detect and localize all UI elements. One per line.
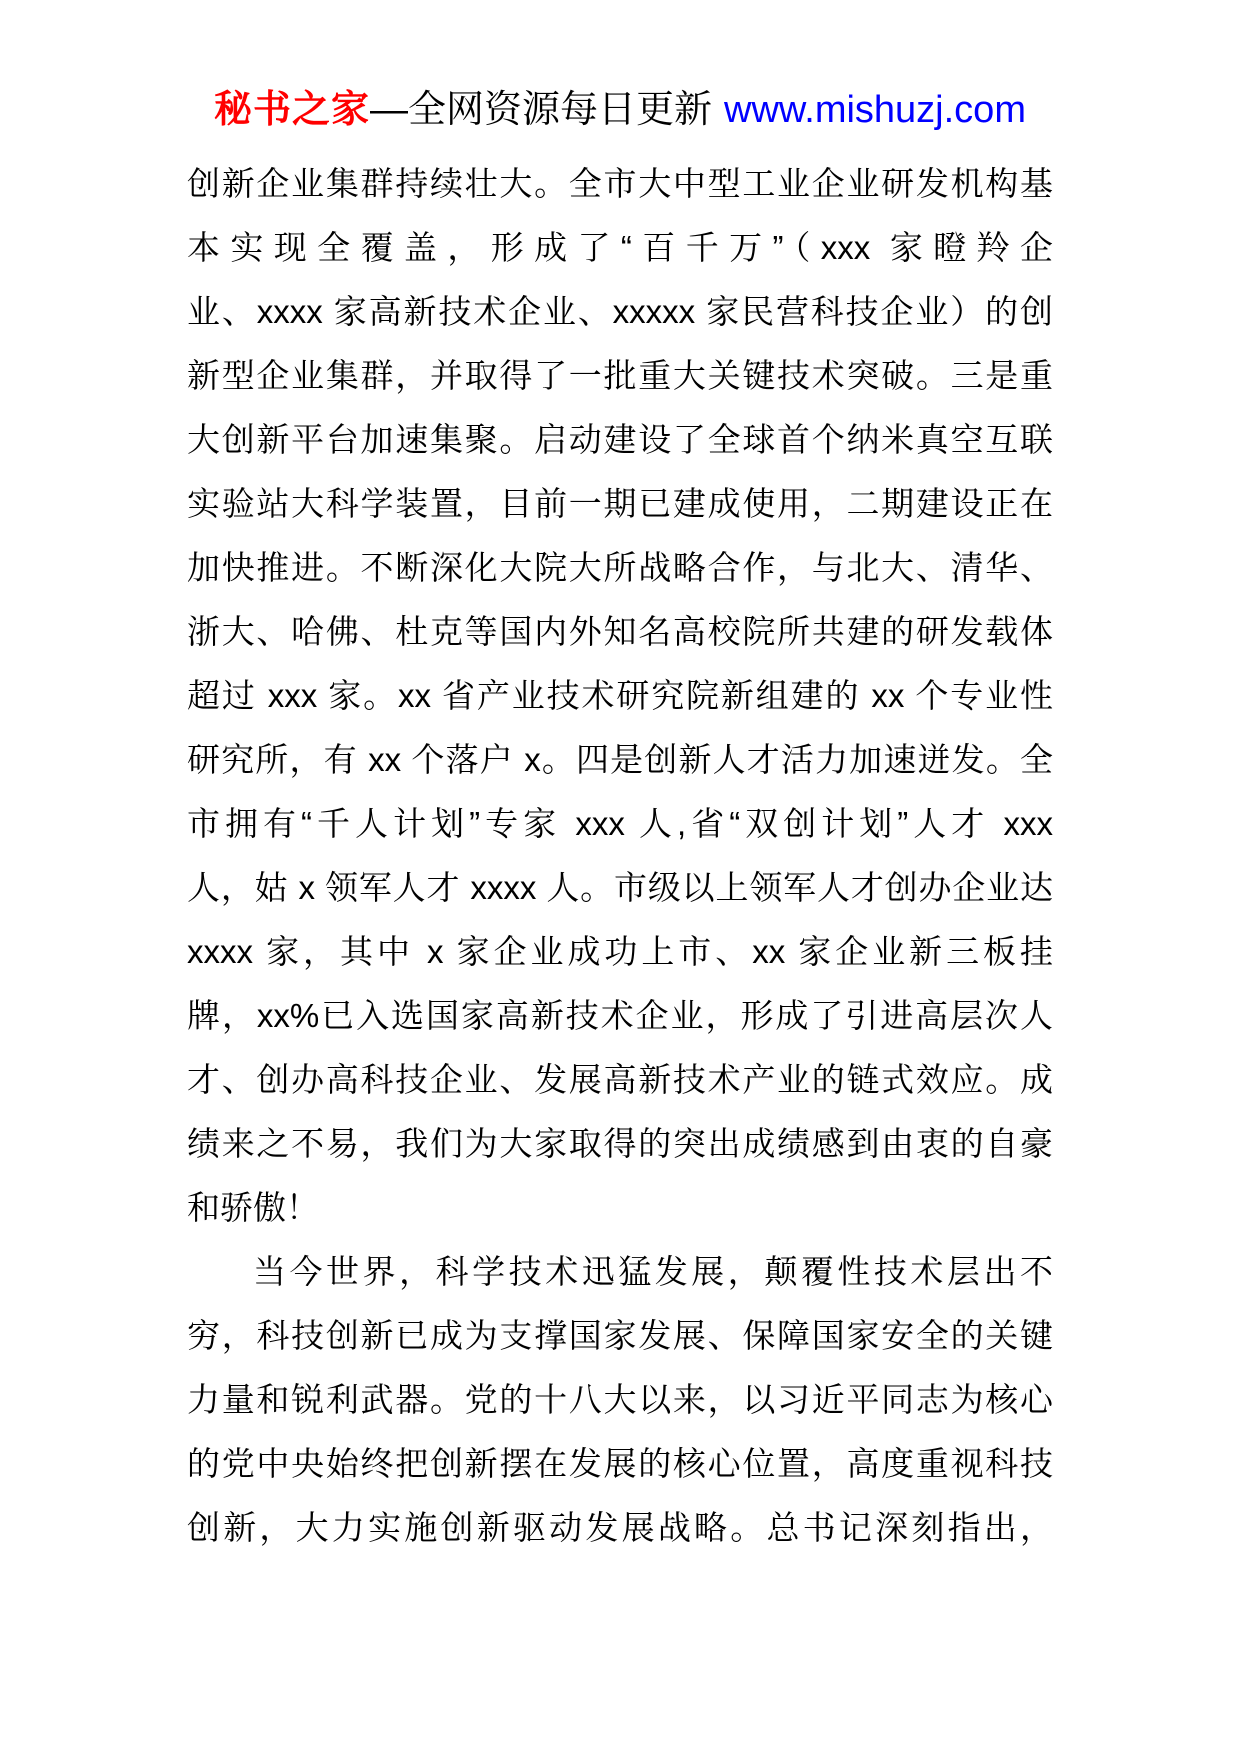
site-name: 秘书之家 <box>214 89 370 131</box>
site-url: www.mishuzj.com <box>724 89 1026 131</box>
text-line: 市拥有“千人计划”专家 xxx 人,省“双创计划”人才 xxx <box>187 792 1053 856</box>
site-tagline: —全网资源每日更新 <box>370 89 712 131</box>
text-line: 业、xxxx 家高新技术企业、xxxxx 家民营科技企业）的创 <box>187 280 1053 344</box>
text-line: 浙大、哈佛、杜克等国内外知名高校院所共建的研发载体 <box>187 600 1053 664</box>
text-line-paragraph-start: 当今世界，科学技术迅猛发展，颠覆性技术层出不 <box>187 1240 1053 1304</box>
text-line: 创新，大力实施创新驱动发展战略。总书记深刻指出， <box>187 1496 1053 1560</box>
text-line: 绩来之不易，我们为大家取得的突出成绩感到由衷的自豪 <box>187 1112 1053 1176</box>
text-line: 牌，xx%已入选国家高新技术企业，形成了引进高层次人 <box>187 984 1053 1048</box>
text-line: 超过 xxx 家。xx 省产业技术研究院新组建的 xx 个专业性 <box>187 664 1053 728</box>
text-line: 新型企业集群，并取得了一批重大关键技术突破。三是重 <box>187 344 1053 408</box>
text-line: 人，姑 x 领军人才 xxxx 人。市级以上领军人才创办企业达 <box>187 856 1053 920</box>
document-page: 秘书之家—全网资源每日更新www.mishuzj.com 创新企业集群持续壮大。… <box>0 0 1240 1754</box>
text-line: 穷，科技创新已成为支撑国家发展、保障国家安全的关键 <box>187 1304 1053 1368</box>
text-line: 实验站大科学装置，目前一期已建成使用，二期建设正在 <box>187 472 1053 536</box>
text-line: 创新企业集群持续壮大。全市大中型工业企业研发机构基 <box>187 152 1053 216</box>
text-line-paragraph-end: 和骄傲！ <box>187 1176 1053 1240</box>
page-header: 秘书之家—全网资源每日更新www.mishuzj.com <box>0 86 1240 134</box>
text-line: 的党中央始终把创新摆在发展的核心位置，高度重视科技 <box>187 1432 1053 1496</box>
text-line: 研究所，有 xx 个落户 x。四是创新人才活力加速迸发。全 <box>187 728 1053 792</box>
text-line: 大创新平台加速集聚。启动建设了全球首个纳米真空互联 <box>187 408 1053 472</box>
text-line: xxxx 家，其中 x 家企业成功上市、xx 家企业新三板挂 <box>187 920 1053 984</box>
text-line: 才、创办高科技企业、发展高新技术产业的链式效应。成 <box>187 1048 1053 1112</box>
text-line: 力量和锐利武器。党的十八大以来，以习近平同志为核心 <box>187 1368 1053 1432</box>
document-body: 创新企业集群持续壮大。全市大中型工业企业研发机构基 本实现全覆盖，形成了“百千万… <box>187 152 1053 1560</box>
text-line: 加快推进。不断深化大院大所战略合作，与北大、清华、 <box>187 536 1053 600</box>
text-line: 本实现全覆盖，形成了“百千万”（xxx 家瞪羚企 <box>187 216 1053 280</box>
